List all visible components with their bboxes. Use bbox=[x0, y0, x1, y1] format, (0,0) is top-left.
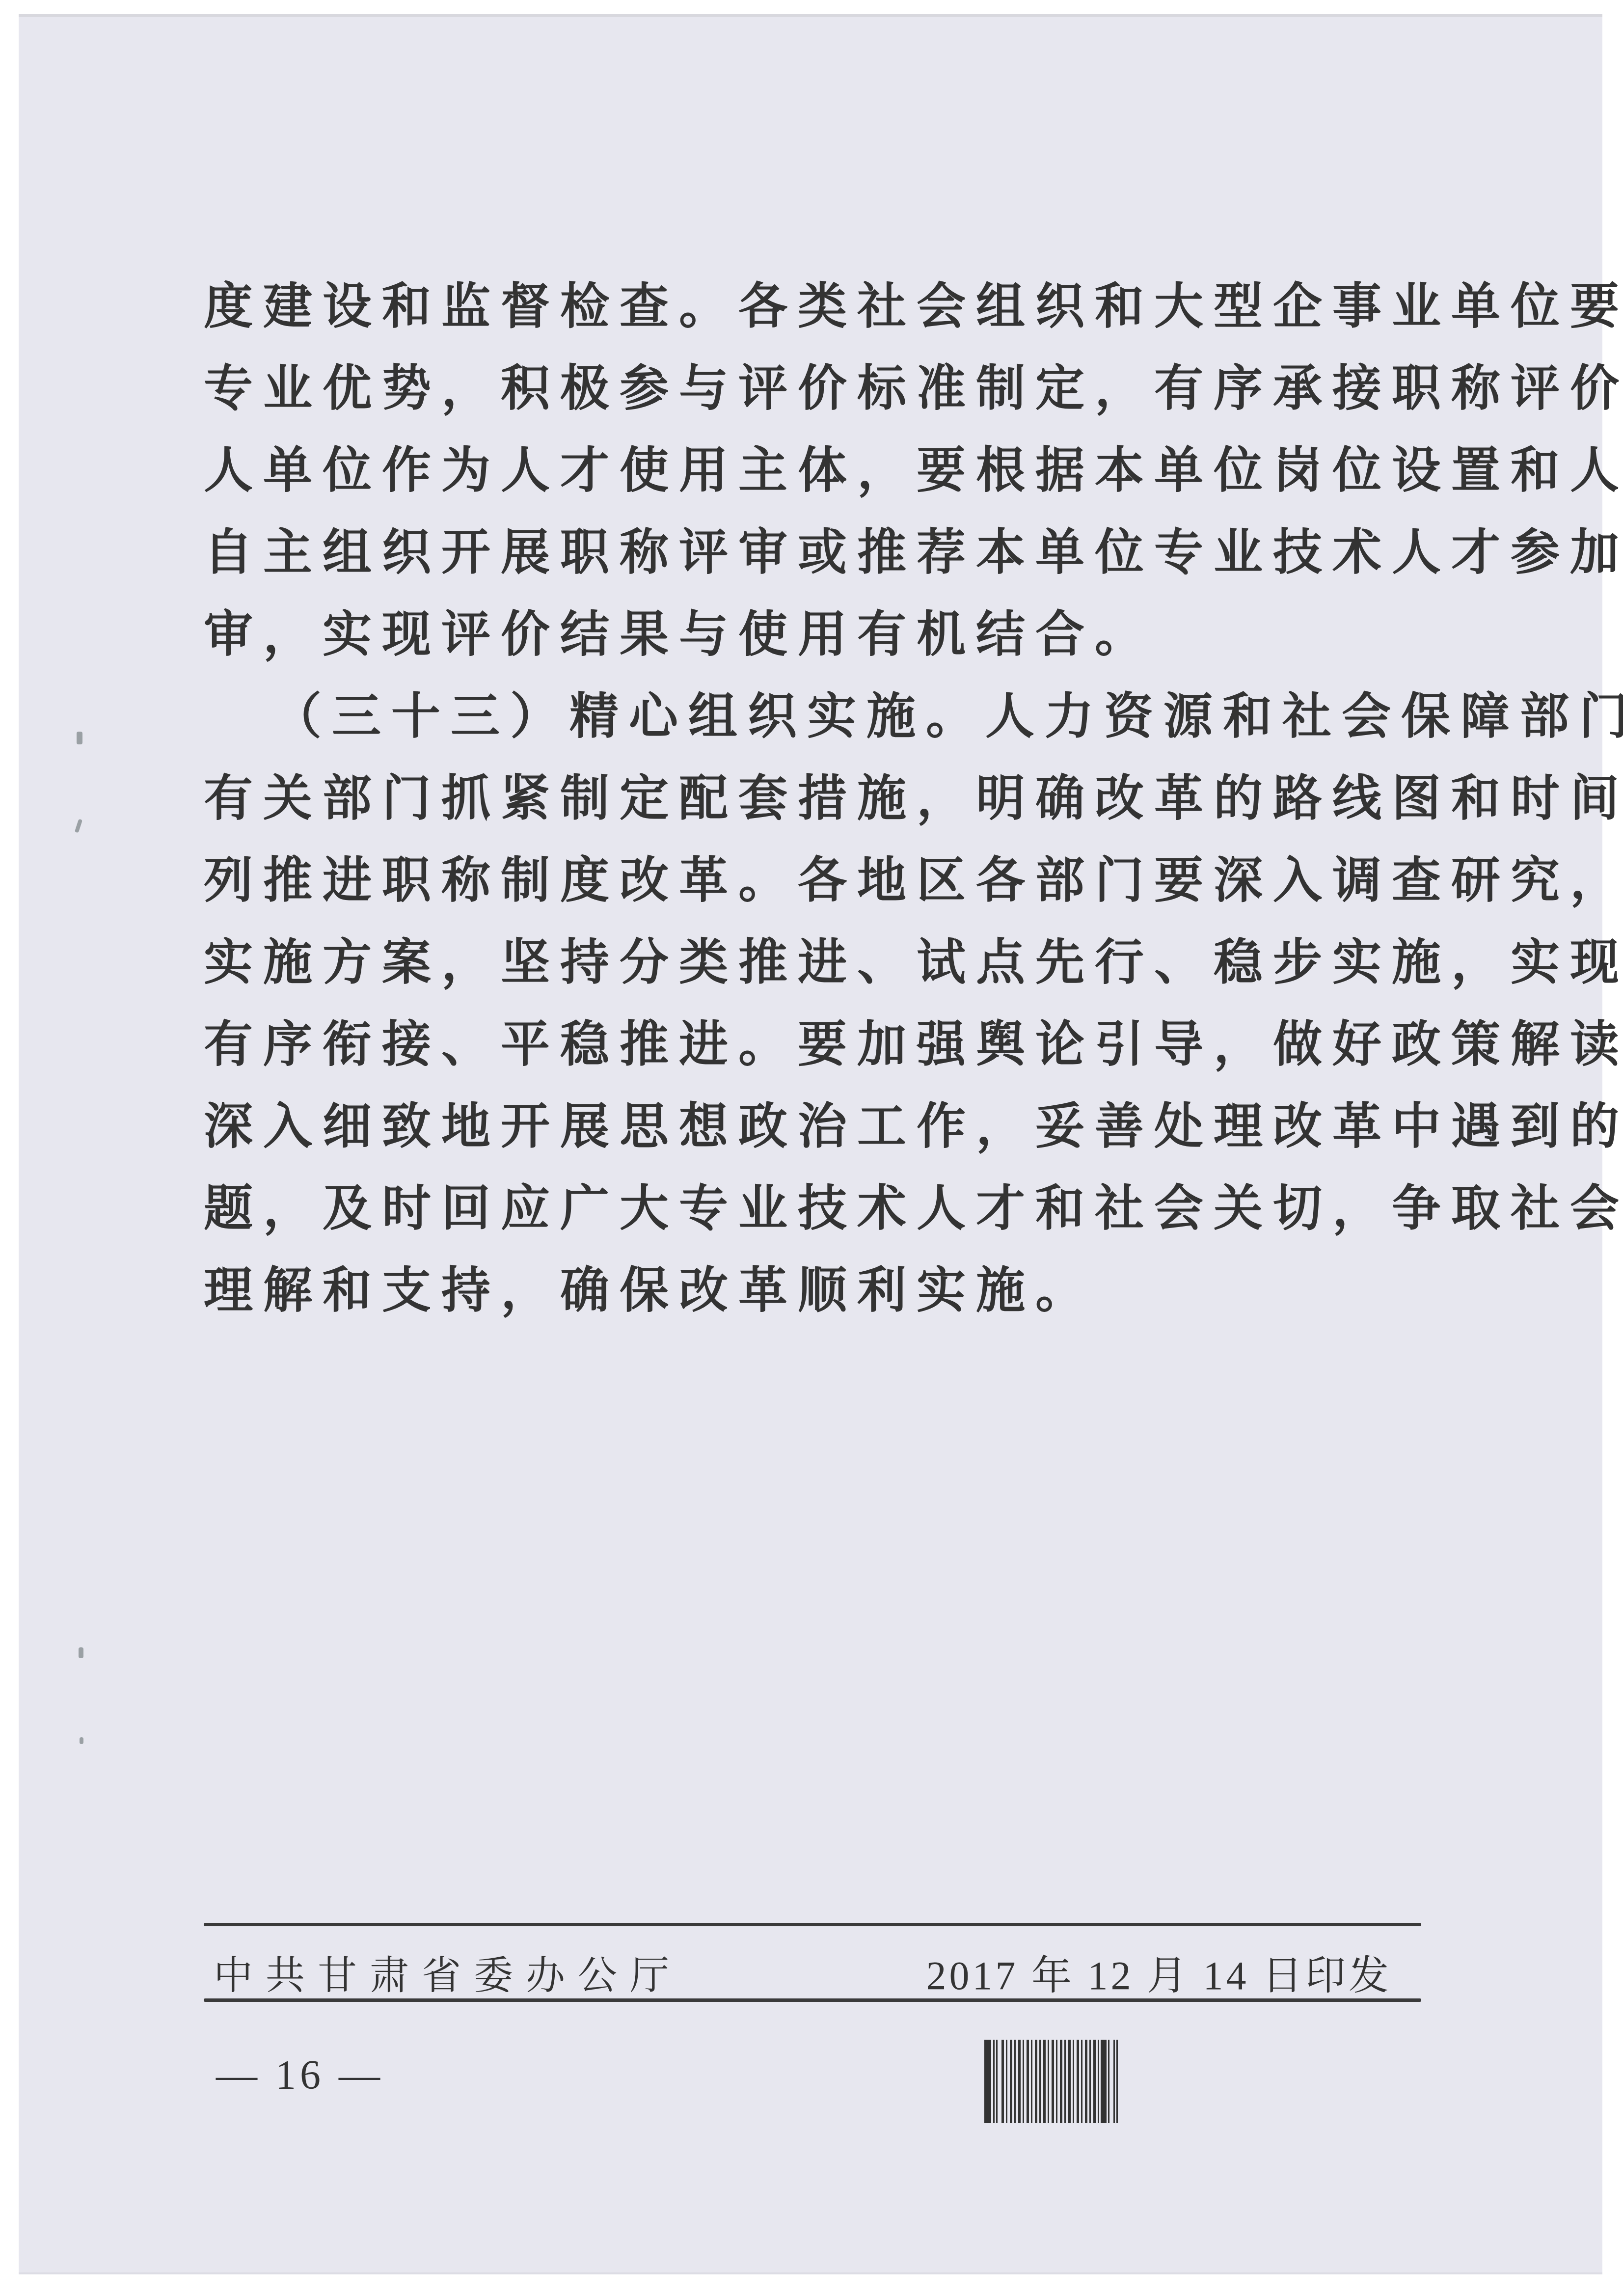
body-line: 专业优势，积极参与评价标准制定，有序承接职称评价工作。用 bbox=[204, 347, 1421, 429]
body-line: 理解和支持，确保改革顺利实施。 bbox=[204, 1249, 1421, 1331]
section-33-first-line: （三十三）精心组织实施。人力资源和社会保障部门要会同 bbox=[204, 675, 1421, 757]
body-line: 审，实现评价结果与使用有机结合。 bbox=[204, 593, 1421, 675]
print-date: 2017 年 12 月 14 日印发 bbox=[926, 1943, 1392, 2001]
page-number: — 16 — bbox=[216, 2051, 384, 2099]
document-body: 度建设和监督检查。各类社会组织和大型企事业单位要充分发挥 专业优势，积极参与评价… bbox=[204, 265, 1421, 1331]
scan-artifact-mark bbox=[77, 732, 82, 744]
body-line: 人单位作为人才使用主体，要根据本单位岗位设置和人员状况， bbox=[204, 429, 1421, 511]
body-line: 深入细致地开展思想政治工作，妥善处理改革中遇到的矛盾和问 bbox=[204, 1085, 1421, 1167]
body-line: 列推进职称制度改革。各地区各部门要深入调查研究，制定具体 bbox=[204, 839, 1421, 921]
pdf417-barcode-icon bbox=[984, 2040, 1118, 2123]
scan-artifact-mark bbox=[79, 1647, 83, 1658]
body-line: 有关部门抓紧制定配套措施，明确改革的路线图和时间表，分系 bbox=[204, 757, 1421, 839]
body-line: 自主组织开展职称评审或推荐本单位专业技术人才参加职称评 bbox=[204, 511, 1421, 593]
body-line: 度建设和监督检查。各类社会组织和大型企事业单位要充分发挥 bbox=[204, 265, 1421, 347]
footer-top-rule bbox=[204, 1923, 1421, 1926]
scan-artifact-mark bbox=[80, 1737, 83, 1744]
body-line: 有序衔接、平稳推进。要加强舆论引导，做好政策解读和宣传， bbox=[204, 1003, 1421, 1085]
issuer-name: 中共甘肃省委办公厅 bbox=[214, 1943, 682, 2000]
body-line: 题，及时回应广大专业技术人才和社会关切，争取社会各方面的 bbox=[204, 1167, 1421, 1249]
footer-bottom-rule bbox=[204, 1998, 1421, 2002]
body-line: 实施方案，坚持分类推进、试点先行、稳步实施，实现新旧制度 bbox=[204, 921, 1421, 1003]
